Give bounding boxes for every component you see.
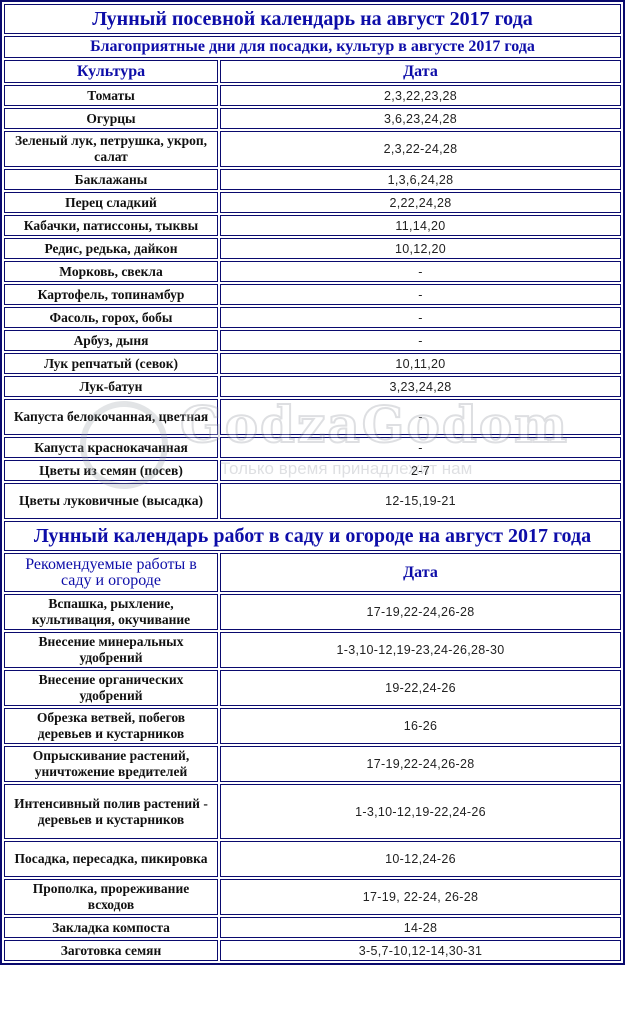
column-header-work: Рекомендуемые работы в саду и огороде [4,553,218,592]
table-row: Интенсивный полив растений - деревьев и … [4,784,621,839]
table-row: Цветы из семян (посев)2-7 [4,460,621,481]
work-name: Внесение органических удобрений [4,670,218,706]
table-row: Заготовка семян3-5,7-10,12-14,30-31 [4,940,621,961]
lunar-calendar: Лунный посевной календарь на август 2017… [0,0,625,965]
work-name: Вспашка, рыхление, культивация, окучиван… [4,594,218,630]
work-name: Прополка, прореживание всходов [4,879,218,915]
crop-dates: 2,3,22-24,28 [220,131,621,167]
crop-name: Фасоль, горох, бобы [4,307,218,328]
crop-name: Лук репчатый (севок) [4,353,218,374]
table-row: Баклажаны1,3,6,24,28 [4,169,621,190]
works-section-title: Лунный календарь работ в саду и огороде … [4,521,621,551]
work-dates: 1-3,10-12,19-22,24-26 [220,784,621,839]
crop-name: Капуста белокочанная, цветная [4,399,218,435]
crop-name: Зеленый лук, петрушка, укроп, салат [4,131,218,167]
page-title: Лунный посевной календарь на август 2017… [4,4,621,34]
work-name: Закладка компоста [4,917,218,938]
table-row: Томаты2,3,22,23,28 [4,85,621,106]
crop-name: Цветы из семян (посев) [4,460,218,481]
crop-dates: 3,6,23,24,28 [220,108,621,129]
crop-name: Редис, редька, дайкон [4,238,218,259]
table-row: Опрыскивание растений, уничтожение вреди… [4,746,621,782]
crop-name: Огурцы [4,108,218,129]
table-row: Закладка компоста14-28 [4,917,621,938]
crop-dates: 1,3,6,24,28 [220,169,621,190]
table-row: Капуста краснокачанная- [4,437,621,458]
crops-subtitle: Благоприятные дни для посадки, культур в… [4,36,621,58]
column-header-crop: Культура [4,60,218,83]
work-dates: 14-28 [220,917,621,938]
table-row: Арбуз, дыня- [4,330,621,351]
work-dates: 17-19,22-24,26-28 [220,746,621,782]
crop-name: Баклажаны [4,169,218,190]
table-row: Прополка, прореживание всходов17-19, 22-… [4,879,621,915]
work-dates: 17-19, 22-24, 26-28 [220,879,621,915]
work-name: Опрыскивание растений, уничтожение вреди… [4,746,218,782]
table-row: Редис, редька, дайкон10,12,20 [4,238,621,259]
column-header-date: Дата [220,553,621,592]
works-header-row: Рекомендуемые работы в саду и огороде Да… [4,553,621,592]
table-row: Морковь, свекла- [4,261,621,282]
work-name: Обрезка ветвей, побегов деревьев и куста… [4,708,218,744]
crop-name: Перец сладкий [4,192,218,213]
crop-dates: - [220,307,621,328]
work-dates: 16-26 [220,708,621,744]
table-row: Посадка, пересадка, пикировка10-12,24-26 [4,841,621,877]
work-dates: 1-3,10-12,19-23,24-26,28-30 [220,632,621,668]
work-name: Внесение минеральных удобрений [4,632,218,668]
table-row: Вспашка, рыхление, культивация, окучиван… [4,594,621,630]
crop-name: Морковь, свекла [4,261,218,282]
crop-name: Капуста краснокачанная [4,437,218,458]
work-dates: 10-12,24-26 [220,841,621,877]
table-row: Перец сладкий2,22,24,28 [4,192,621,213]
work-dates: 19-22,24-26 [220,670,621,706]
table-row: Цветы луковичные (высадка)12-15,19-21 [4,483,621,519]
work-name: Посадка, пересадка, пикировка [4,841,218,877]
table-row: Лук-батун3,23,24,28 [4,376,621,397]
lunar-calendar-table: Лунный посевной календарь на август 2017… [0,0,625,965]
crop-dates: 10,12,20 [220,238,621,259]
table-row: Картофель, топинамбур- [4,284,621,305]
crop-name: Лук-батун [4,376,218,397]
table-row: Внесение минеральных удобрений1-3,10-12,… [4,632,621,668]
crop-dates: 2-7 [220,460,621,481]
crop-dates: 2,22,24,28 [220,192,621,213]
table-row: Кабачки, патиссоны, тыквы11,14,20 [4,215,621,236]
table-row: Огурцы3,6,23,24,28 [4,108,621,129]
work-name: Заготовка семян [4,940,218,961]
column-header-date: Дата [220,60,621,83]
work-name: Интенсивный полив растений - деревьев и … [4,784,218,839]
work-dates: 17-19,22-24,26-28 [220,594,621,630]
crop-dates: - [220,261,621,282]
table-row: Фасоль, горох, бобы- [4,307,621,328]
table-row: Зеленый лук, петрушка, укроп, салат2,3,2… [4,131,621,167]
crop-name: Кабачки, патиссоны, тыквы [4,215,218,236]
table-row: Внесение органических удобрений19-22,24-… [4,670,621,706]
crop-dates: - [220,284,621,305]
crop-dates: 11,14,20 [220,215,621,236]
crop-name: Цветы луковичные (высадка) [4,483,218,519]
crop-dates: - [220,399,621,435]
crop-dates: 12-15,19-21 [220,483,621,519]
crop-dates: 3,23,24,28 [220,376,621,397]
crop-name: Картофель, топинамбур [4,284,218,305]
work-dates: 3-5,7-10,12-14,30-31 [220,940,621,961]
table-row: Капуста белокочанная, цветная- [4,399,621,435]
crop-dates: - [220,437,621,458]
crop-dates: 2,3,22,23,28 [220,85,621,106]
table-row: Обрезка ветвей, побегов деревьев и куста… [4,708,621,744]
crop-name: Томаты [4,85,218,106]
table-row: Лук репчатый (севок)10,11,20 [4,353,621,374]
crop-dates: 10,11,20 [220,353,621,374]
crop-dates: - [220,330,621,351]
crops-header-row: Культура Дата [4,60,621,83]
crop-name: Арбуз, дыня [4,330,218,351]
